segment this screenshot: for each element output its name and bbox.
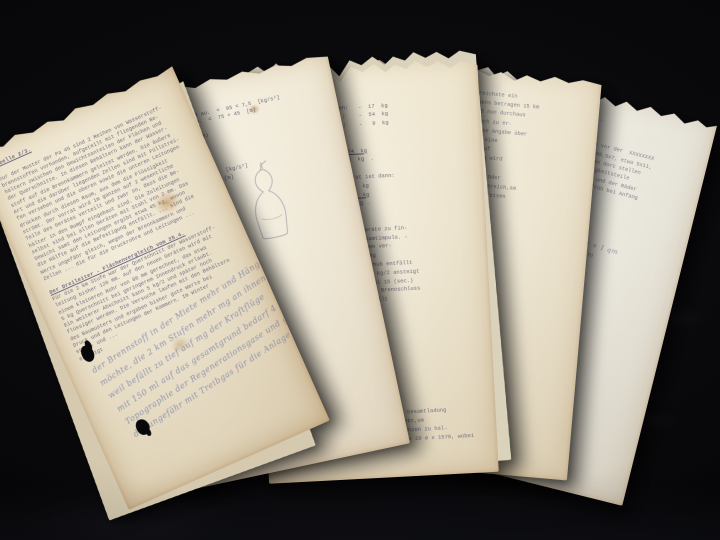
photo-canvas: - 2 - Zusammenstellung:Bei den Untersuch… (0, 0, 720, 540)
